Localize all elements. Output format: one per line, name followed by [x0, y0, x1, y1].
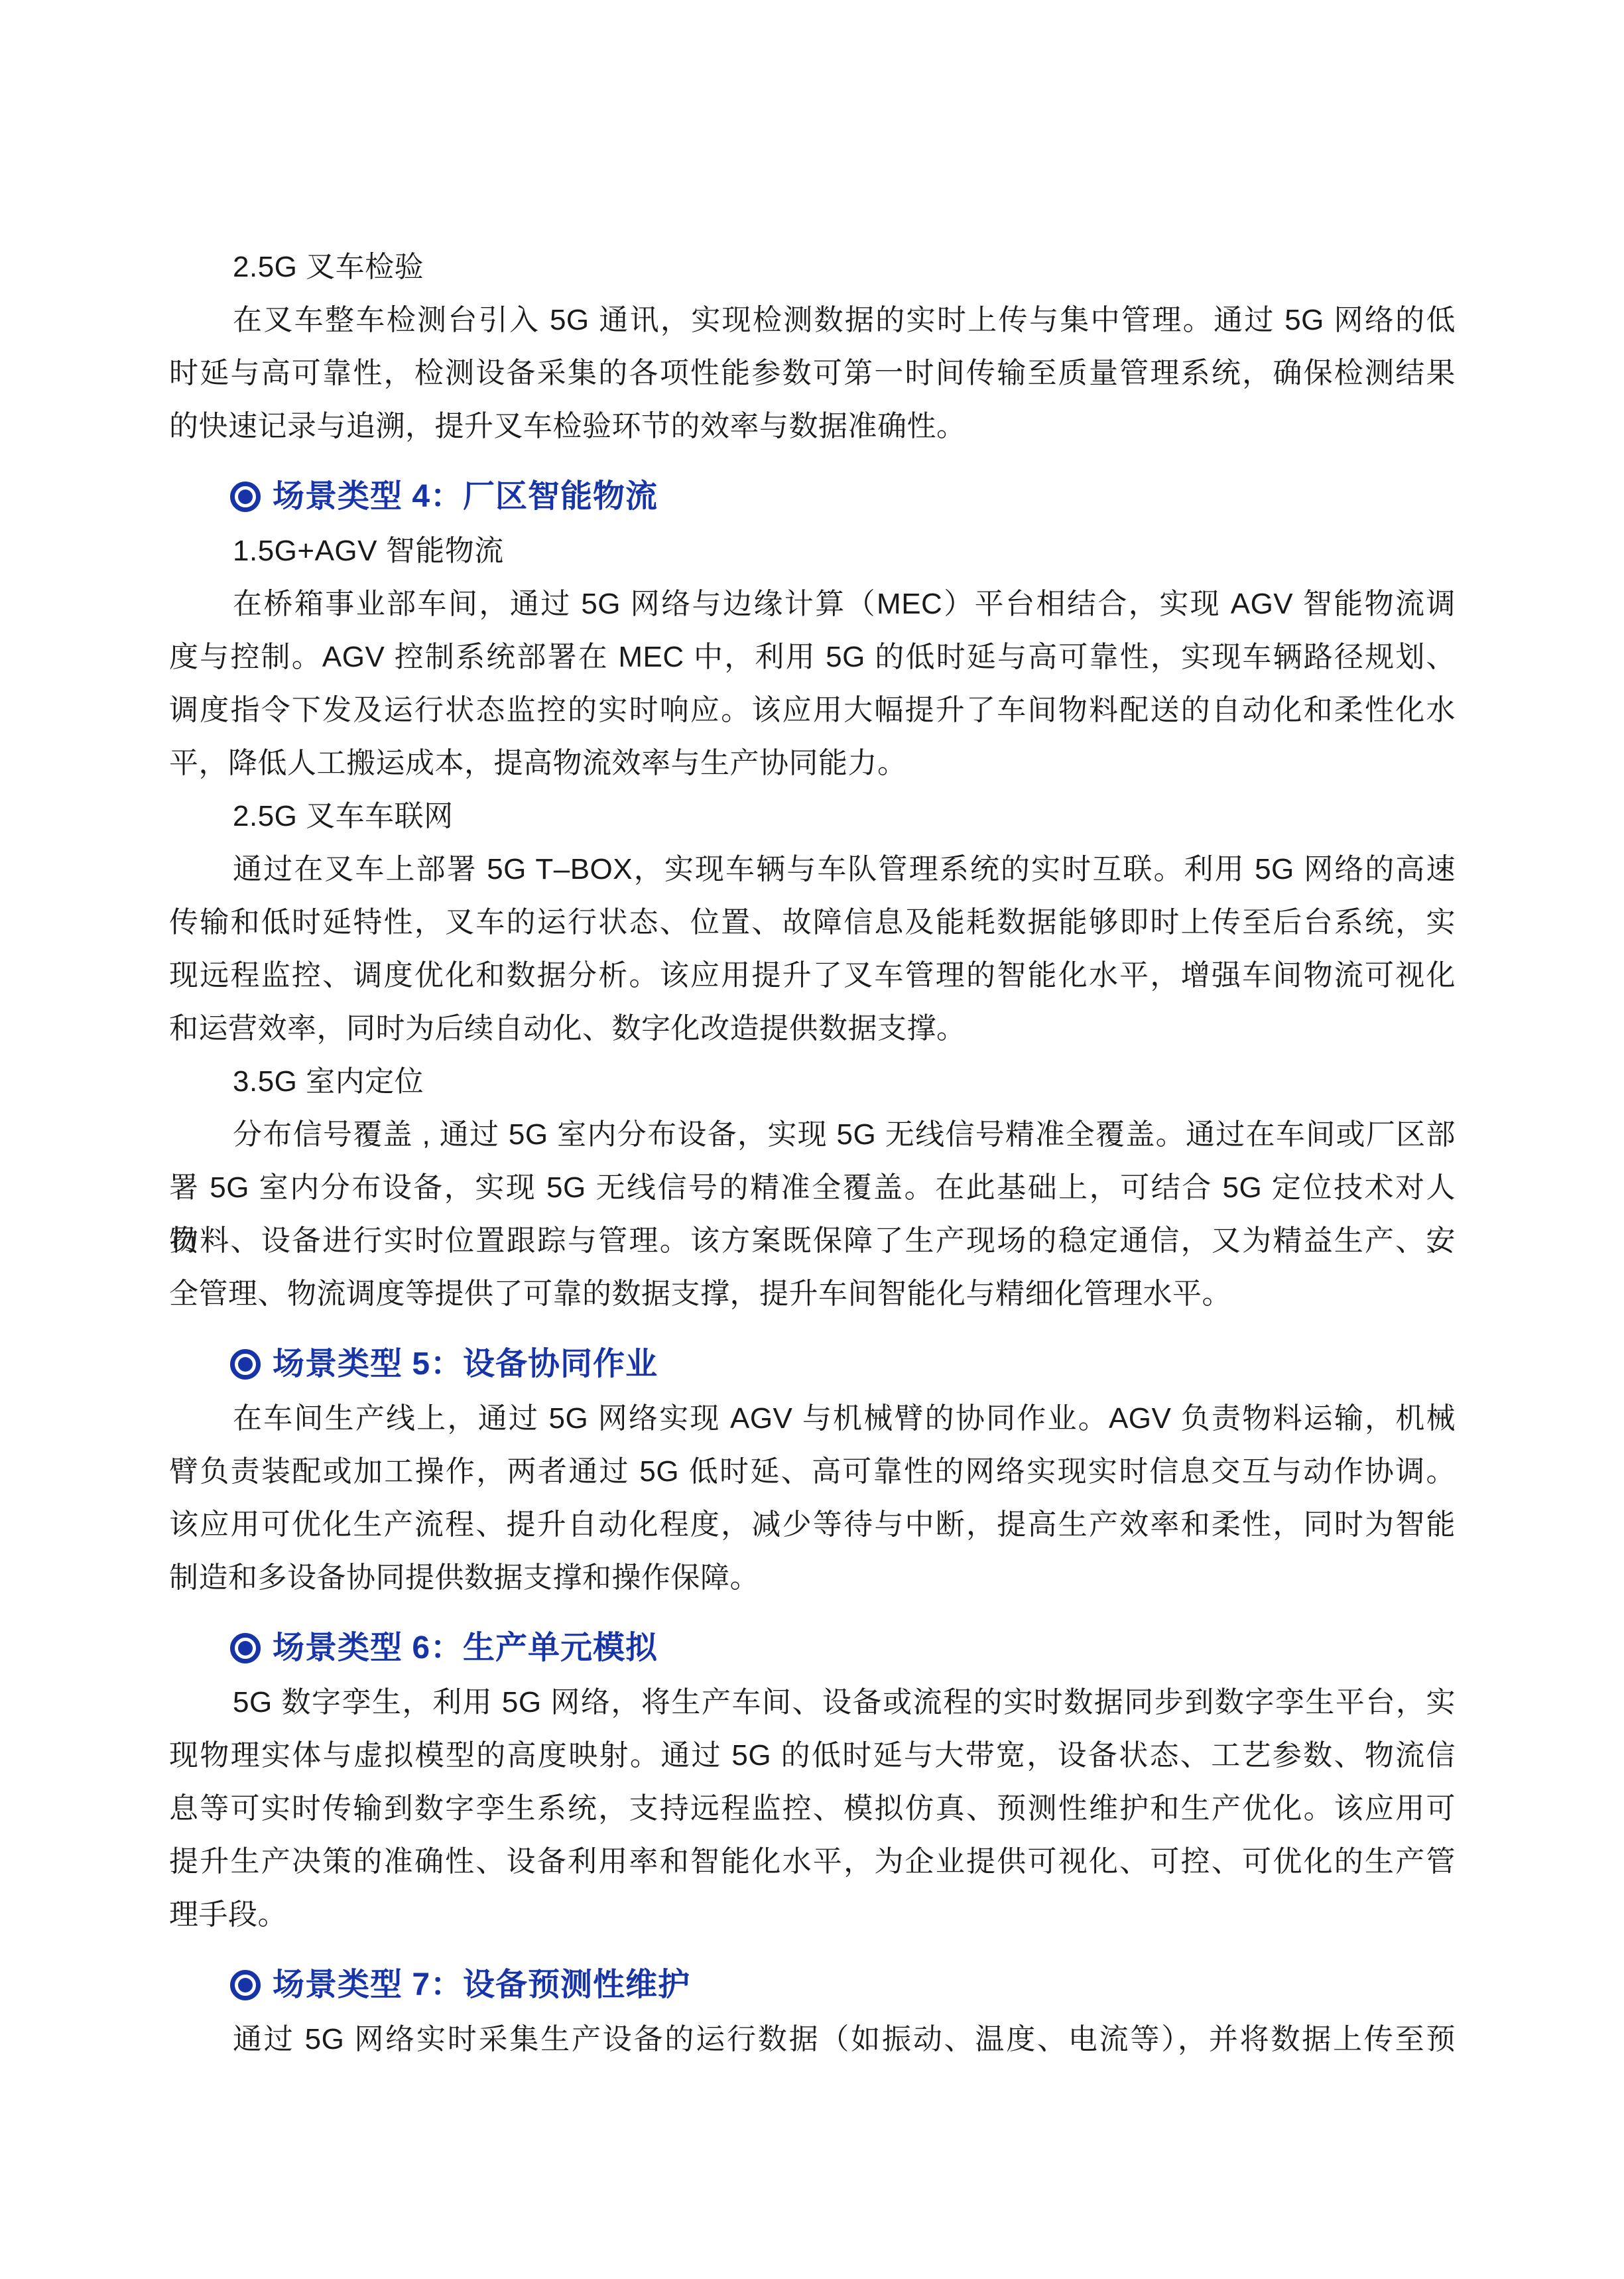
paragraph-line: 现物理实体与虚拟模型的高度映射。通过 5G 的低时延与大带宽，设备状态、工艺参数… [169, 1729, 1456, 1782]
paragraph-line: 通过在叉车上部署 5G T–BOX，实现车辆与车队管理系统的实时互联。利用 5G… [169, 843, 1456, 896]
paragraph-line: 和运营效率，同时为后续自动化、数字化改造提供数据支撑。 [169, 1002, 1456, 1055]
paragraph-line: 平，降低人工搬运成本，提高物流效率与生产协同能力。 [169, 737, 1456, 790]
section-bullet-icon [230, 482, 261, 512]
paragraph-line: 全管理、物流调度等提供了可靠的数据支撑，提升车间智能化与精细化管理水平。 [169, 1268, 1456, 1321]
paragraph-line: 物料、设备进行实时位置跟踪与管理。该方案既保障了生产现场的稳定通信，又为精益生产… [169, 1214, 1456, 1268]
section-heading: 场景类型 5：设备协同作业 [169, 1336, 1456, 1392]
paragraph-line: 臂负责装配或加工操作，两者通过 5G 低时延、高可靠性的网络实现实时信息交互与动… [169, 1445, 1456, 1498]
paragraph-line: 的快速记录与追溯，提升叉车检验环节的效率与数据准确性。 [169, 400, 1456, 453]
section-bullet-icon [230, 1633, 261, 1663]
section-bullet-icon [230, 1970, 261, 2000]
paragraph-line: 息等可实时传输到数字孪生系统，支持远程监控、模拟仿真、预测性维护和生产优化。该应… [169, 1782, 1456, 1835]
section-heading-text: 场景类型 6：生产单元模拟 [273, 1620, 658, 1676]
paragraph-line: 调度指令下发及运行状态监控的实时响应。该应用大幅提升了车间物料配送的自动化和柔性… [169, 684, 1456, 737]
paragraph-line: 该应用可优化生产流程、提升自动化程度，减少等待与中断，提高生产效率和柔性，同时为… [169, 1498, 1456, 1551]
paragraph-line: 度与控制。AGV 控制系统部署在 MEC 中，利用 5G 的低时延与高可靠性，实… [169, 631, 1456, 684]
paragraph-line: 在车间生产线上，通过 5G 网络实现 AGV 与机械臂的协同作业。AGV 负责物… [169, 1392, 1456, 1445]
paragraph-line: 现远程监控、调度优化和数据分析。该应用提升了叉车管理的智能化水平，增强车间物流可… [169, 949, 1456, 1002]
sub-heading: 3.5G 室内定位 [169, 1055, 1456, 1108]
section-heading: 场景类型 6：生产单元模拟 [169, 1620, 1456, 1676]
section-heading: 场景类型 4：厂区智能物流 [169, 469, 1456, 525]
paragraph-line: 在叉车整车检测台引入 5G 通讯，实现检测数据的实时上传与集中管理。通过 5G … [169, 294, 1456, 347]
paragraph-line: 在桥箱事业部车间，通过 5G 网络与边缘计算（MEC）平台相结合，实现 AGV … [169, 578, 1456, 631]
paragraph-line: 分布信号覆盖 , 通过 5G 室内分布设备，实现 5G 无线信号精准全覆盖。通过… [169, 1108, 1456, 1161]
section-heading-text: 场景类型 5：设备协同作业 [273, 1336, 658, 1392]
paragraph-line: 5G 数字孪生，利用 5G 网络，将生产车间、设备或流程的实时数据同步到数字孪生… [169, 1676, 1456, 1729]
paragraph-line: 传输和低时延特性，叉车的运行状态、位置、故障信息及能耗数据能够即时上传至后台系统… [169, 896, 1456, 949]
paragraph-line: 时延与高可靠性，检测设备采集的各项性能参数可第一时间传输至质量管理系统，确保检测… [169, 347, 1456, 400]
paragraph-line: 提升生产决策的准确性、设备利用率和智能化水平，为企业提供可视化、可控、可优化的生… [169, 1835, 1456, 1888]
sub-heading: 1.5G+AGV 智能物流 [169, 525, 1456, 578]
section-heading-text: 场景类型 4：厂区智能物流 [273, 469, 658, 525]
paragraph-line: 署 5G 室内分布设备，实现 5G 无线信号的精准全覆盖。在此基础上，可结合 5… [169, 1161, 1456, 1214]
paragraph-line: 制造和多设备协同提供数据支撑和操作保障。 [169, 1551, 1456, 1604]
sub-heading: 2.5G 叉车检验 [169, 241, 1456, 294]
paragraph-line: 理手段。 [169, 1888, 1456, 1941]
sub-heading: 2.5G 叉车车联网 [169, 790, 1456, 843]
section-bullet-icon [230, 1349, 261, 1380]
section-heading-text: 场景类型 7：设备预测性维护 [273, 1957, 690, 2013]
document-page: 2.5G 叉车检验在叉车整车检测台引入 5G 通讯，实现检测数据的实时上传与集中… [0, 0, 1624, 2279]
paragraph-line: 通过 5G 网络实时采集生产设备的运行数据（如振动、温度、电流等），并将数据上传… [169, 2013, 1456, 2066]
section-heading: 场景类型 7：设备预测性维护 [169, 1957, 1456, 2013]
